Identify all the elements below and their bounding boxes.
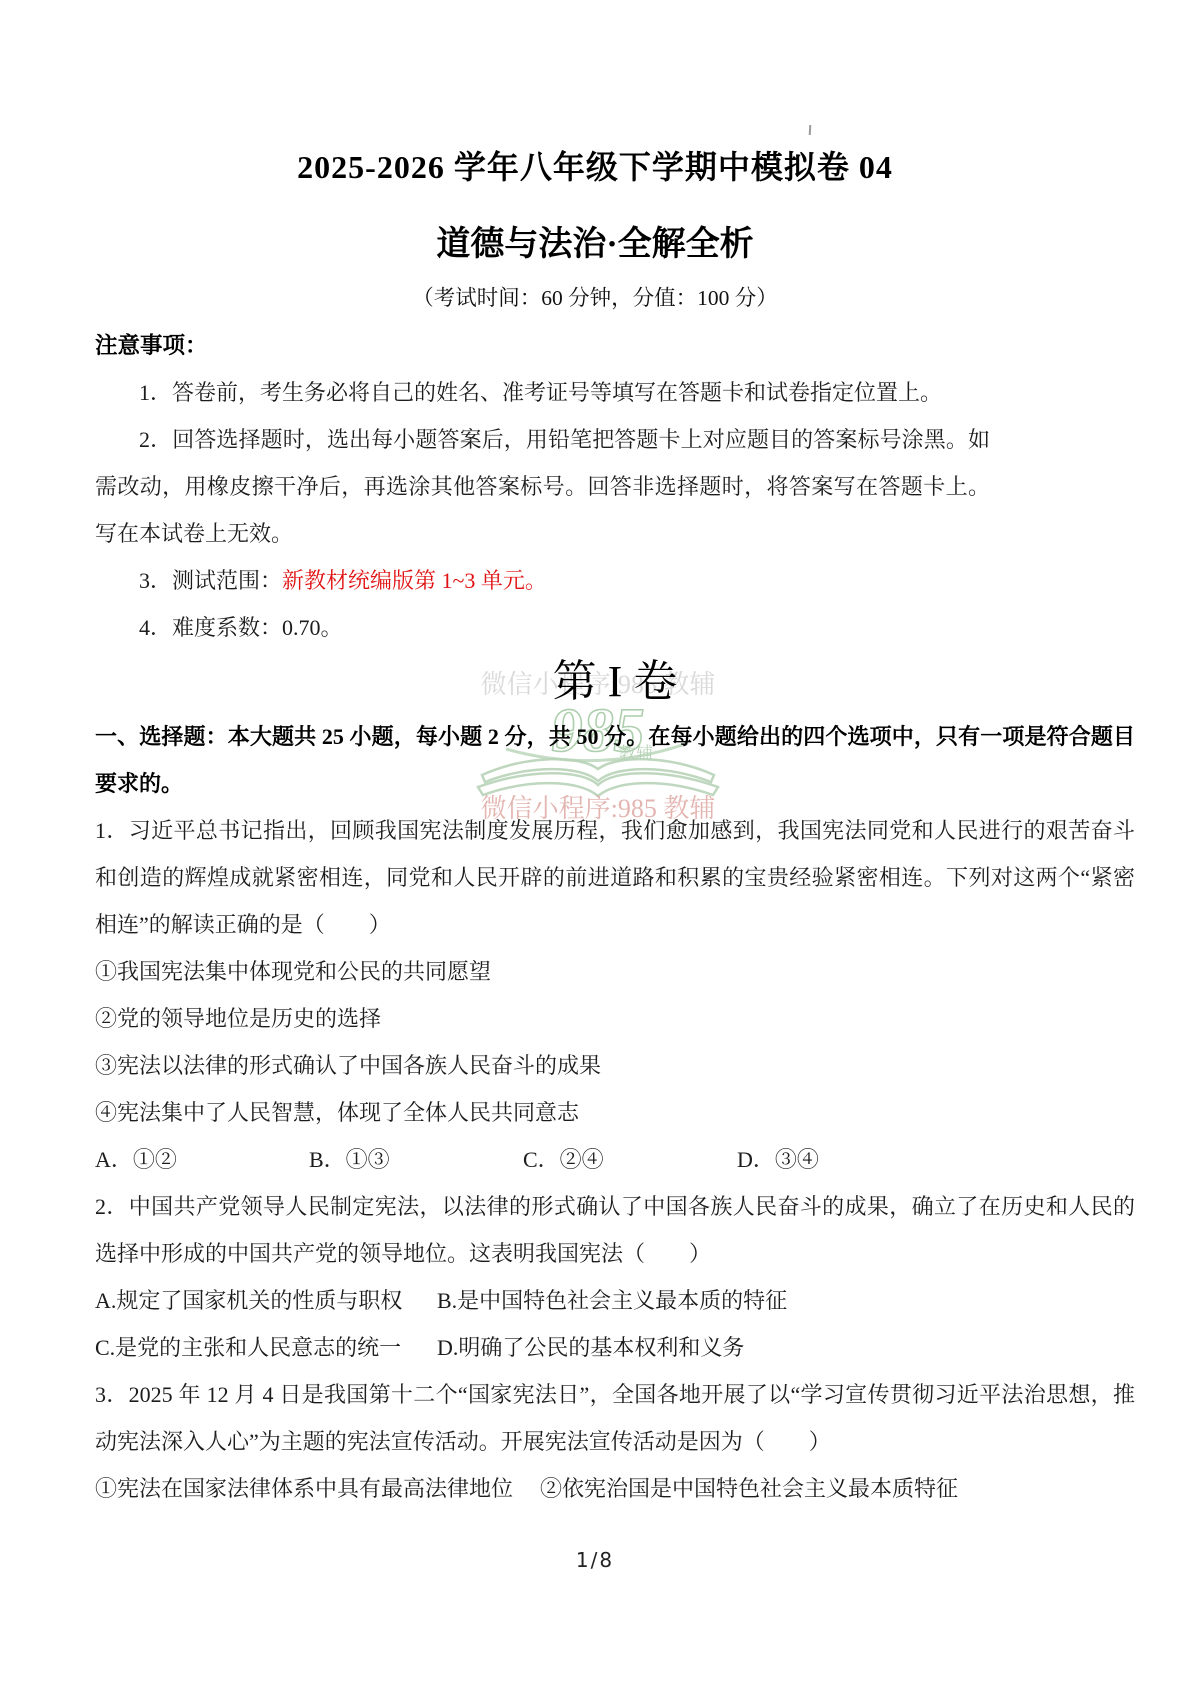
question-2-choice-d: D.明确了公民的基本权利和义务 bbox=[437, 1335, 744, 1360]
question-3: 3．2025 年 12 月 4 日是我国第十二个“国家宪法日”，全国各地开展了以… bbox=[95, 1371, 1135, 1512]
question-3-statement-2: ②依宪治国是中国特色社会主义最本质特征 bbox=[540, 1476, 958, 1501]
question-2-choice-a: A.规定了国家机关的性质与职权 bbox=[95, 1277, 437, 1324]
question-2-choice-b: B.是中国特色社会主义最本质的特征 bbox=[437, 1288, 787, 1313]
question-2: 2．中国共产党领导人民制定宪法，以法律的形式确认了中国各族人民奋斗的成果，确立了… bbox=[95, 1183, 1135, 1371]
page-subtitle: 道德与法治·全解全析 bbox=[0, 216, 1190, 265]
question-2-stem: 2．中国共产党领导人民制定宪法，以法律的形式确认了中国各族人民奋斗的成果，确立了… bbox=[95, 1183, 1135, 1277]
exam-info-line: （考试时间：60 分钟，分值：100 分） bbox=[0, 281, 1190, 312]
question-1-choice-b: B．①③ bbox=[309, 1136, 523, 1183]
question-1-choices: A．①②B．①③C．②④D．③④ bbox=[95, 1136, 1135, 1183]
notices-heading: 注意事项： bbox=[95, 322, 990, 369]
notice-item-3-highlight: 新教材统编版第 1~3 单元。 bbox=[282, 568, 547, 593]
question-3-statement-1: ①宪法在国家法律体系中具有最高法律地位 bbox=[95, 1465, 540, 1512]
section-1-title: 一、选择题：本大题共 25 小题，每小题 2 分，共 50 分。在每小题给出的四… bbox=[95, 713, 1135, 807]
exam-paper-page: 微信小程序:985 教辅 985 教辅 微信小程序:985 教辅 2025-20… bbox=[0, 0, 1190, 1683]
document-body: 注意事项： 1．答卷前，考生务必将自己的姓名、准考证号等填写在答题卡和试卷指定位… bbox=[95, 322, 1135, 1512]
question-1-statement-2: ②党的领导地位是历史的选择 bbox=[95, 995, 1135, 1042]
notice-item-3-prefix: 3．测试范围： bbox=[139, 568, 282, 593]
page-title: 2025-2026 学年八年级下学期中模拟卷 04 bbox=[0, 142, 1190, 188]
notice-item-2: 2．回答选择题时，选出每小题答案后，用铅笔把答题卡上对应题目的答案标号涂黑。如需… bbox=[95, 416, 990, 557]
notice-item-1: 1．答卷前，考生务必将自己的姓名、准考证号等填写在答题卡和试卷指定位置上。 bbox=[95, 369, 990, 416]
notice-item-4: 4．难度系数：0.70。 bbox=[95, 604, 990, 651]
question-1-stem: 1．习近平总书记指出，回顾我国宪法制度发展历程，我们愈加感到，我国宪法同党和人民… bbox=[95, 807, 1135, 948]
stray-tick-mark bbox=[809, 125, 812, 135]
question-1-statement-1: ①我国宪法集中体现党和公民的共同愿望 bbox=[95, 948, 1135, 995]
page-number: 1/8 bbox=[0, 1548, 1190, 1572]
question-2-choice-c: C.是党的主张和人民意志的统一 bbox=[95, 1324, 437, 1371]
question-2-choices-cd: C.是党的主张和人民意志的统一D.明确了公民的基本权利和义务 bbox=[95, 1324, 1135, 1371]
question-2-choices-ab: A.规定了国家机关的性质与职权B.是中国特色社会主义最本质的特征 bbox=[95, 1277, 1135, 1324]
question-1-choice-d: D．③④ bbox=[737, 1136, 819, 1183]
question-1-statement-4: ④宪法集中了人民智慧，体现了全体人民共同意志 bbox=[95, 1089, 1135, 1136]
question-1-choice-c: C．②④ bbox=[523, 1136, 737, 1183]
question-1-statement-3: ③宪法以法律的形式确认了中国各族人民奋斗的成果 bbox=[95, 1042, 1135, 1089]
question-3-statements: ①宪法在国家法律体系中具有最高法律地位②依宪治国是中国特色社会主义最本质特征 bbox=[95, 1465, 1135, 1512]
notices-section: 注意事项： 1．答卷前，考生务必将自己的姓名、准考证号等填写在答题卡和试卷指定位… bbox=[95, 322, 1135, 651]
question-1-choice-a: A．①② bbox=[95, 1136, 309, 1183]
question-1: 1．习近平总书记指出，回顾我国宪法制度发展历程，我们愈加感到，我国宪法同党和人民… bbox=[95, 807, 1135, 1183]
notice-item-3: 3．测试范围：新教材统编版第 1~3 单元。 bbox=[95, 557, 990, 604]
question-3-stem: 3．2025 年 12 月 4 日是我国第十二个“国家宪法日”，全国各地开展了以… bbox=[95, 1371, 1135, 1465]
part-1-heading: 第 I 卷 bbox=[95, 651, 1135, 713]
